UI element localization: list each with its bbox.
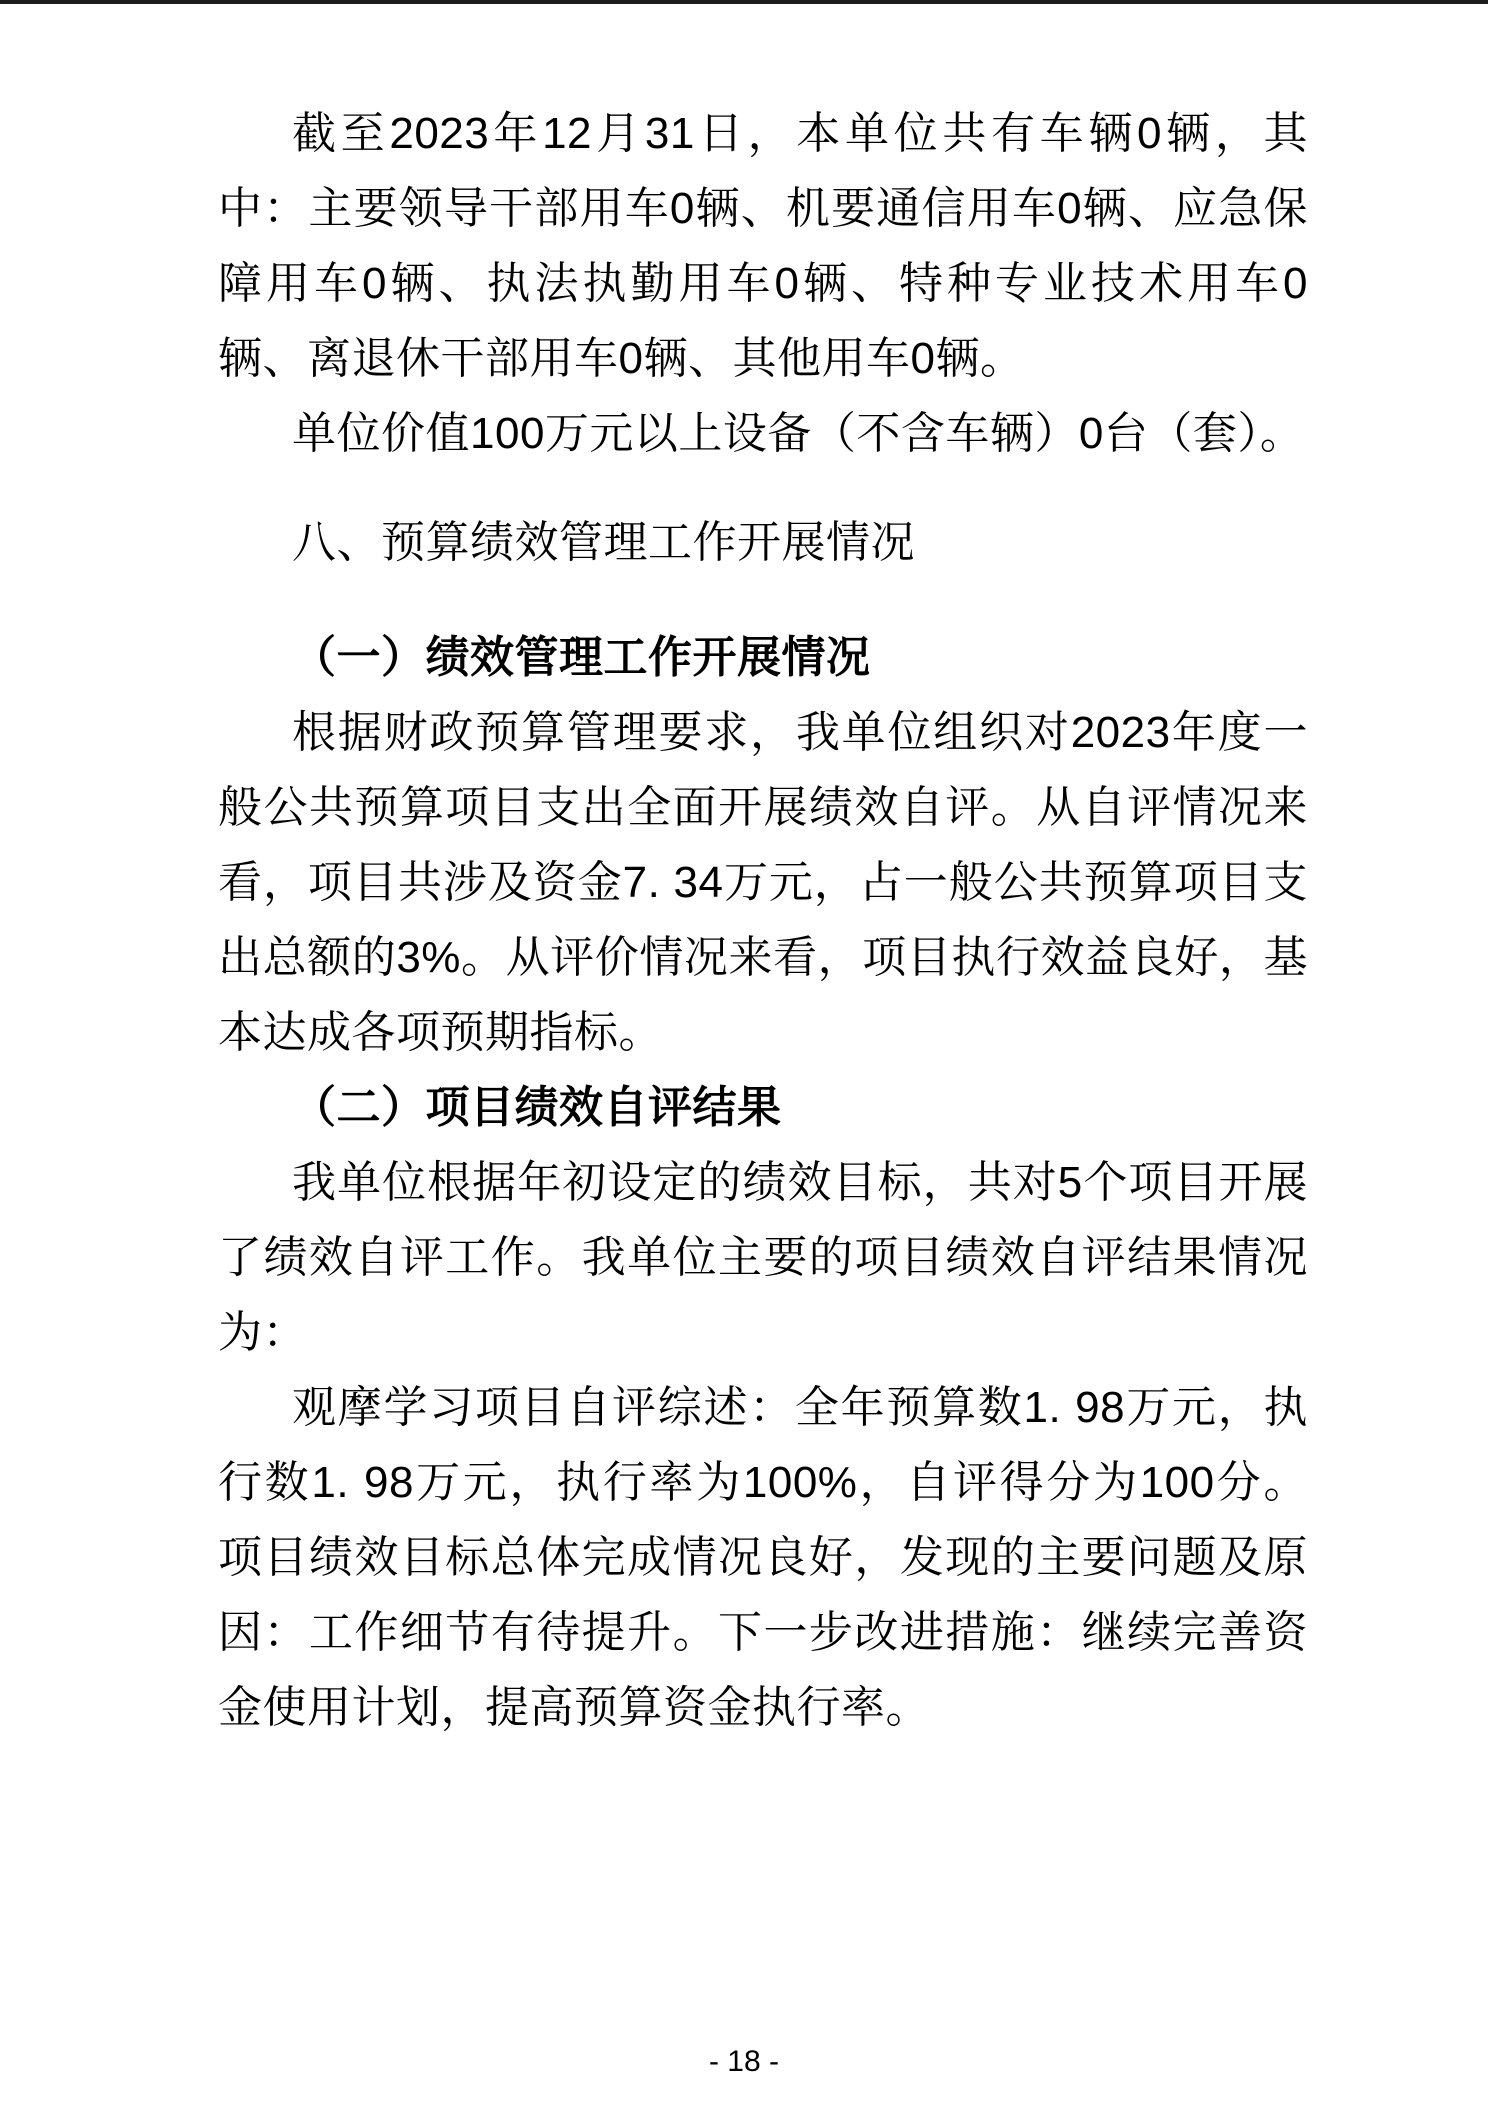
subsection-heading-1: （一）绩效管理工作开展情况 bbox=[218, 620, 1308, 695]
top-border-bar bbox=[0, 0, 1488, 4]
paragraph-project-review: 观摩学习项目自评综述：全年预算数1. 98万元，执行数1. 98万元，执行率为1… bbox=[218, 1370, 1308, 1745]
page-number: - 18 - bbox=[0, 2040, 1488, 2084]
document-body: 截至2023年12月31日，本单位共有车辆0辆，其中：主要领导干部用车0辆、机要… bbox=[218, 96, 1308, 1745]
subsection-heading-2: （二）项目绩效自评结果 bbox=[218, 1070, 1308, 1145]
paragraph-vehicles: 截至2023年12月31日，本单位共有车辆0辆，其中：主要领导干部用车0辆、机要… bbox=[218, 96, 1308, 396]
paragraph-self-evaluation: 我单位根据年初设定的绩效目标，共对5个项目开展了绩效自评工作。我单位主要的项目绩… bbox=[218, 1145, 1308, 1370]
section-heading-8: 八、预算绩效管理工作开展情况 bbox=[218, 505, 1308, 580]
paragraph-performance-overview: 根据财政预算管理要求，我单位组织对2023年度一般公共预算项目支出全面开展绩效自… bbox=[218, 695, 1308, 1070]
paragraph-equipment: 单位价值100万元以上设备（不含车辆）0台（套）。 bbox=[218, 396, 1308, 471]
